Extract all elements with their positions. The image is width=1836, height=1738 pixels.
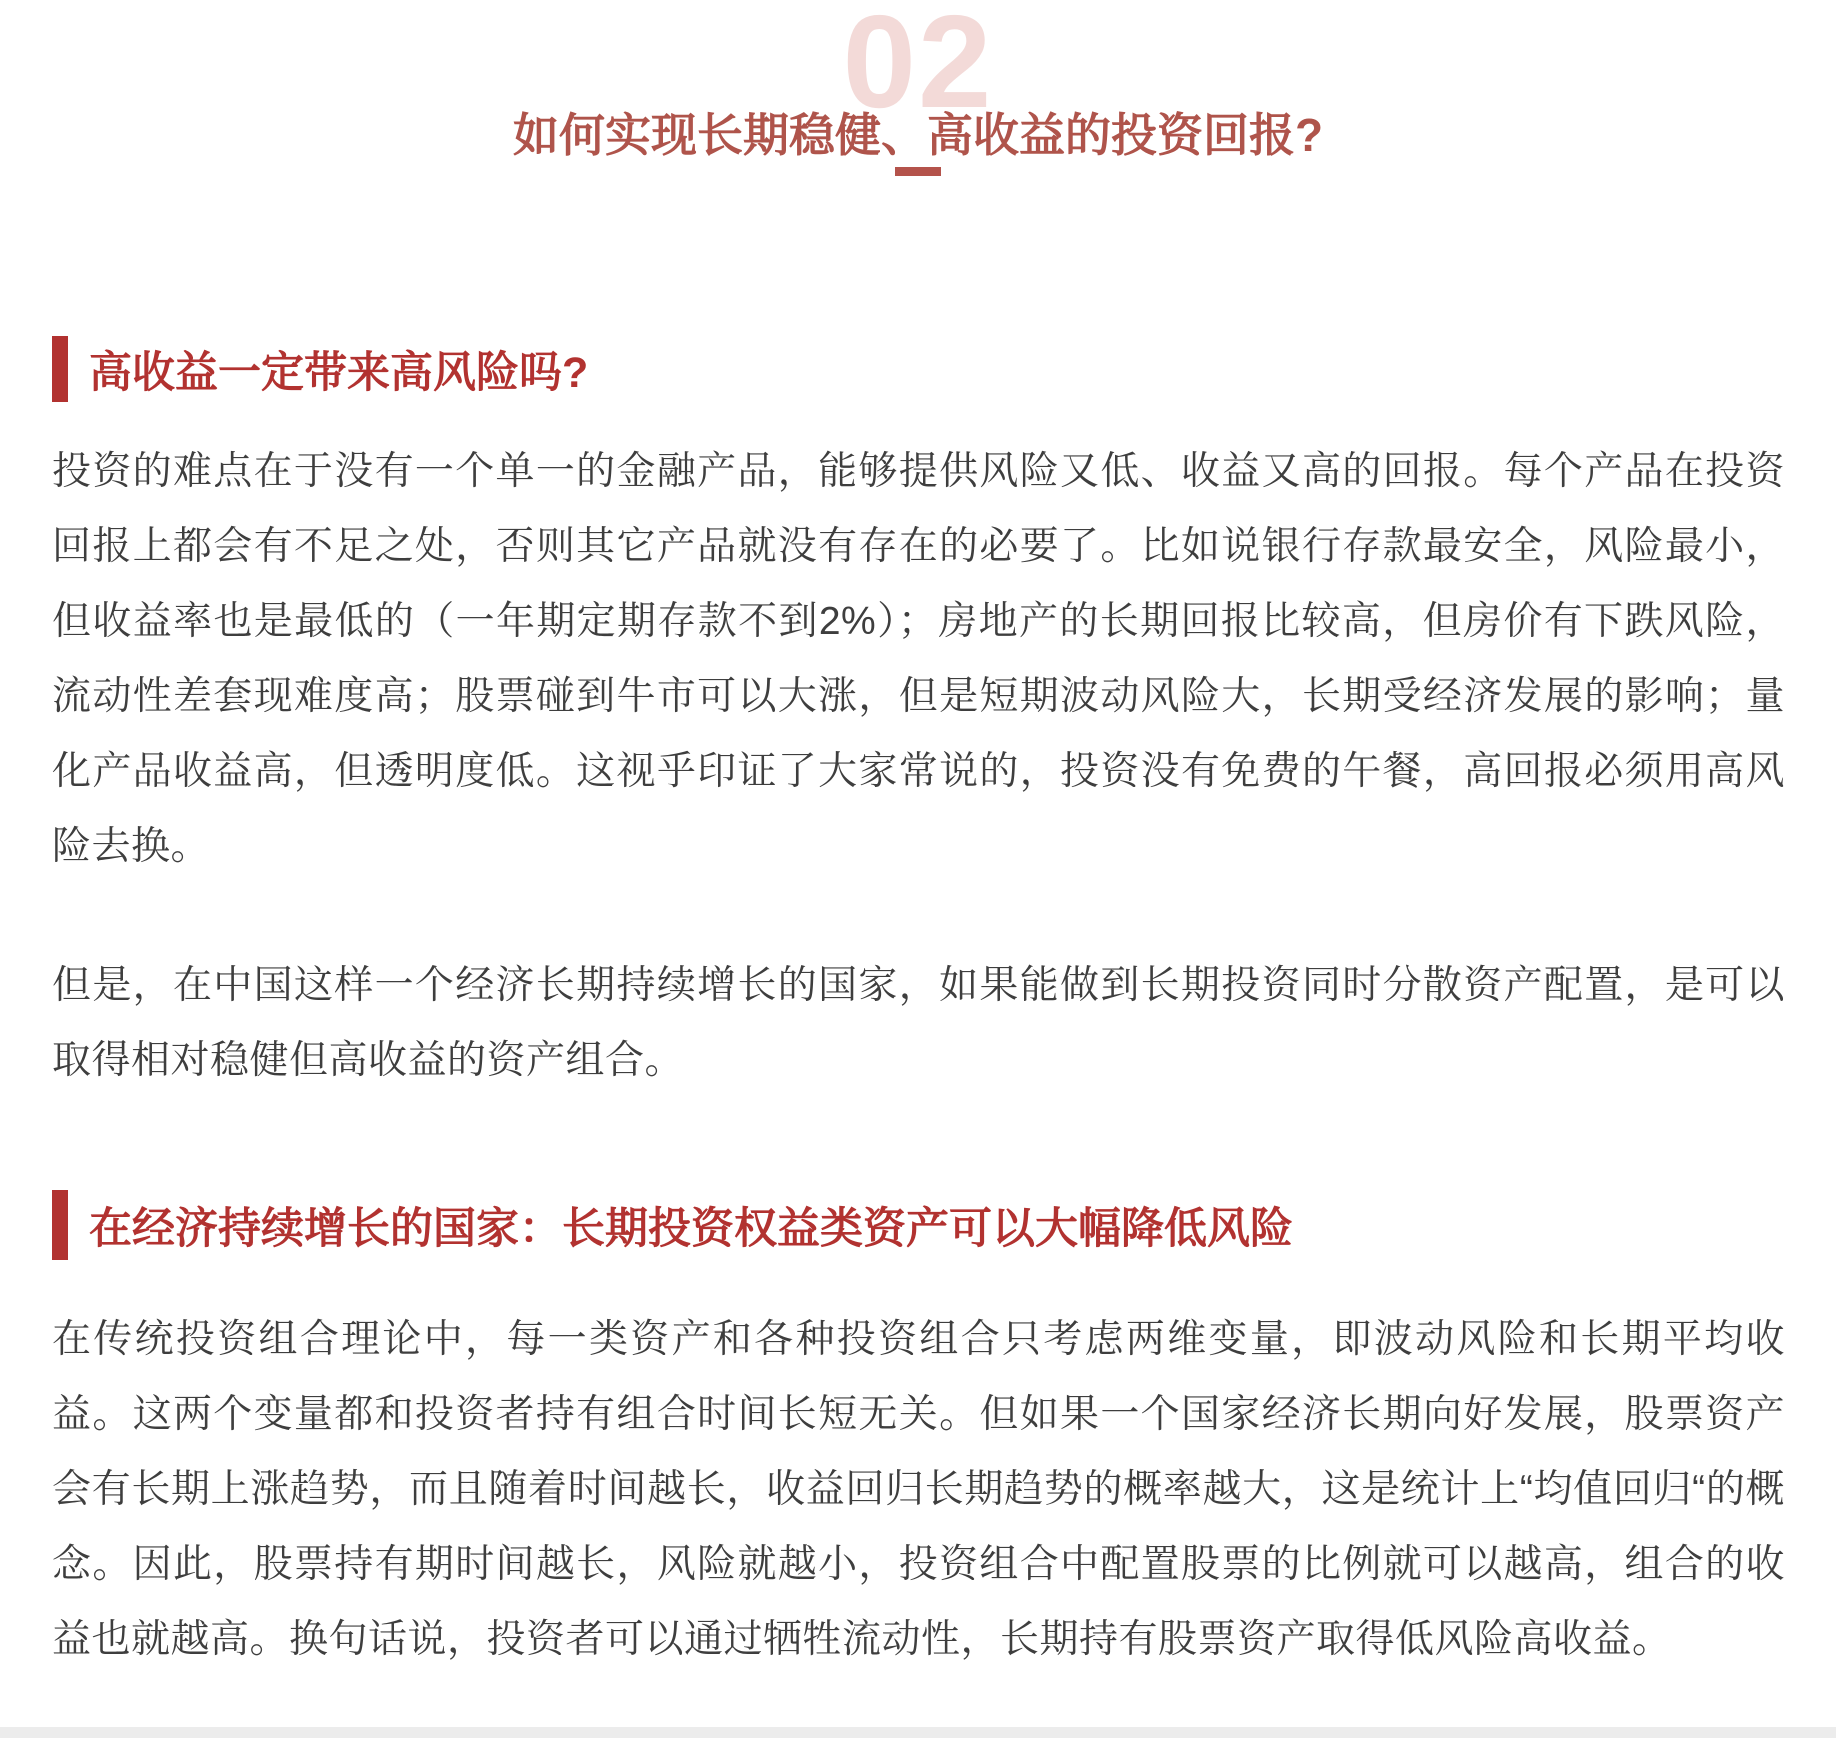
paragraph: 在传统投资组合理论中，每一类资产和各种投资组合只考虑两维变量，即波动风险和长期平… [52,1302,1785,1677]
section-heading-text: 在经济持续增长的国家：长期投资权益类资产可以大幅降低风险 [89,1195,1293,1256]
section-number: 02 [0,0,1836,109]
article-content: 高收益一定带来高风险吗? 投资的难点在于没有一个单一的金融产品，能够提供风险又低… [0,336,1836,1677]
section-header: 02 如何实现长期稳健、高收益的投资回报? [0,0,1836,176]
accent-bar [52,336,68,402]
section-heading-2: 在经济持续增长的国家：长期投资权益类资产可以大幅降低风险 [52,1190,1785,1260]
paragraph: 投资的难点在于没有一个单一的金融产品，能够提供风险又低、收益又高的回报。每个产品… [52,434,1785,884]
title-underline-divider [895,167,941,176]
page-title: 如何实现长期稳健、高收益的投资回报? [0,111,1836,159]
paragraph: 但是，在中国这样一个经济长期持续增长的国家，如果能做到长期投资同时分散资产配置，… [52,948,1785,1098]
accent-bar [52,1190,68,1260]
section-heading-1: 高收益一定带来高风险吗? [52,336,1785,402]
section-heading-text: 高收益一定带来高风险吗? [89,339,588,400]
article-page: 02 如何实现长期稳健、高收益的投资回报? 高收益一定带来高风险吗? 投资的难点… [0,0,1836,1738]
bottom-strip-divider [0,1727,1836,1738]
